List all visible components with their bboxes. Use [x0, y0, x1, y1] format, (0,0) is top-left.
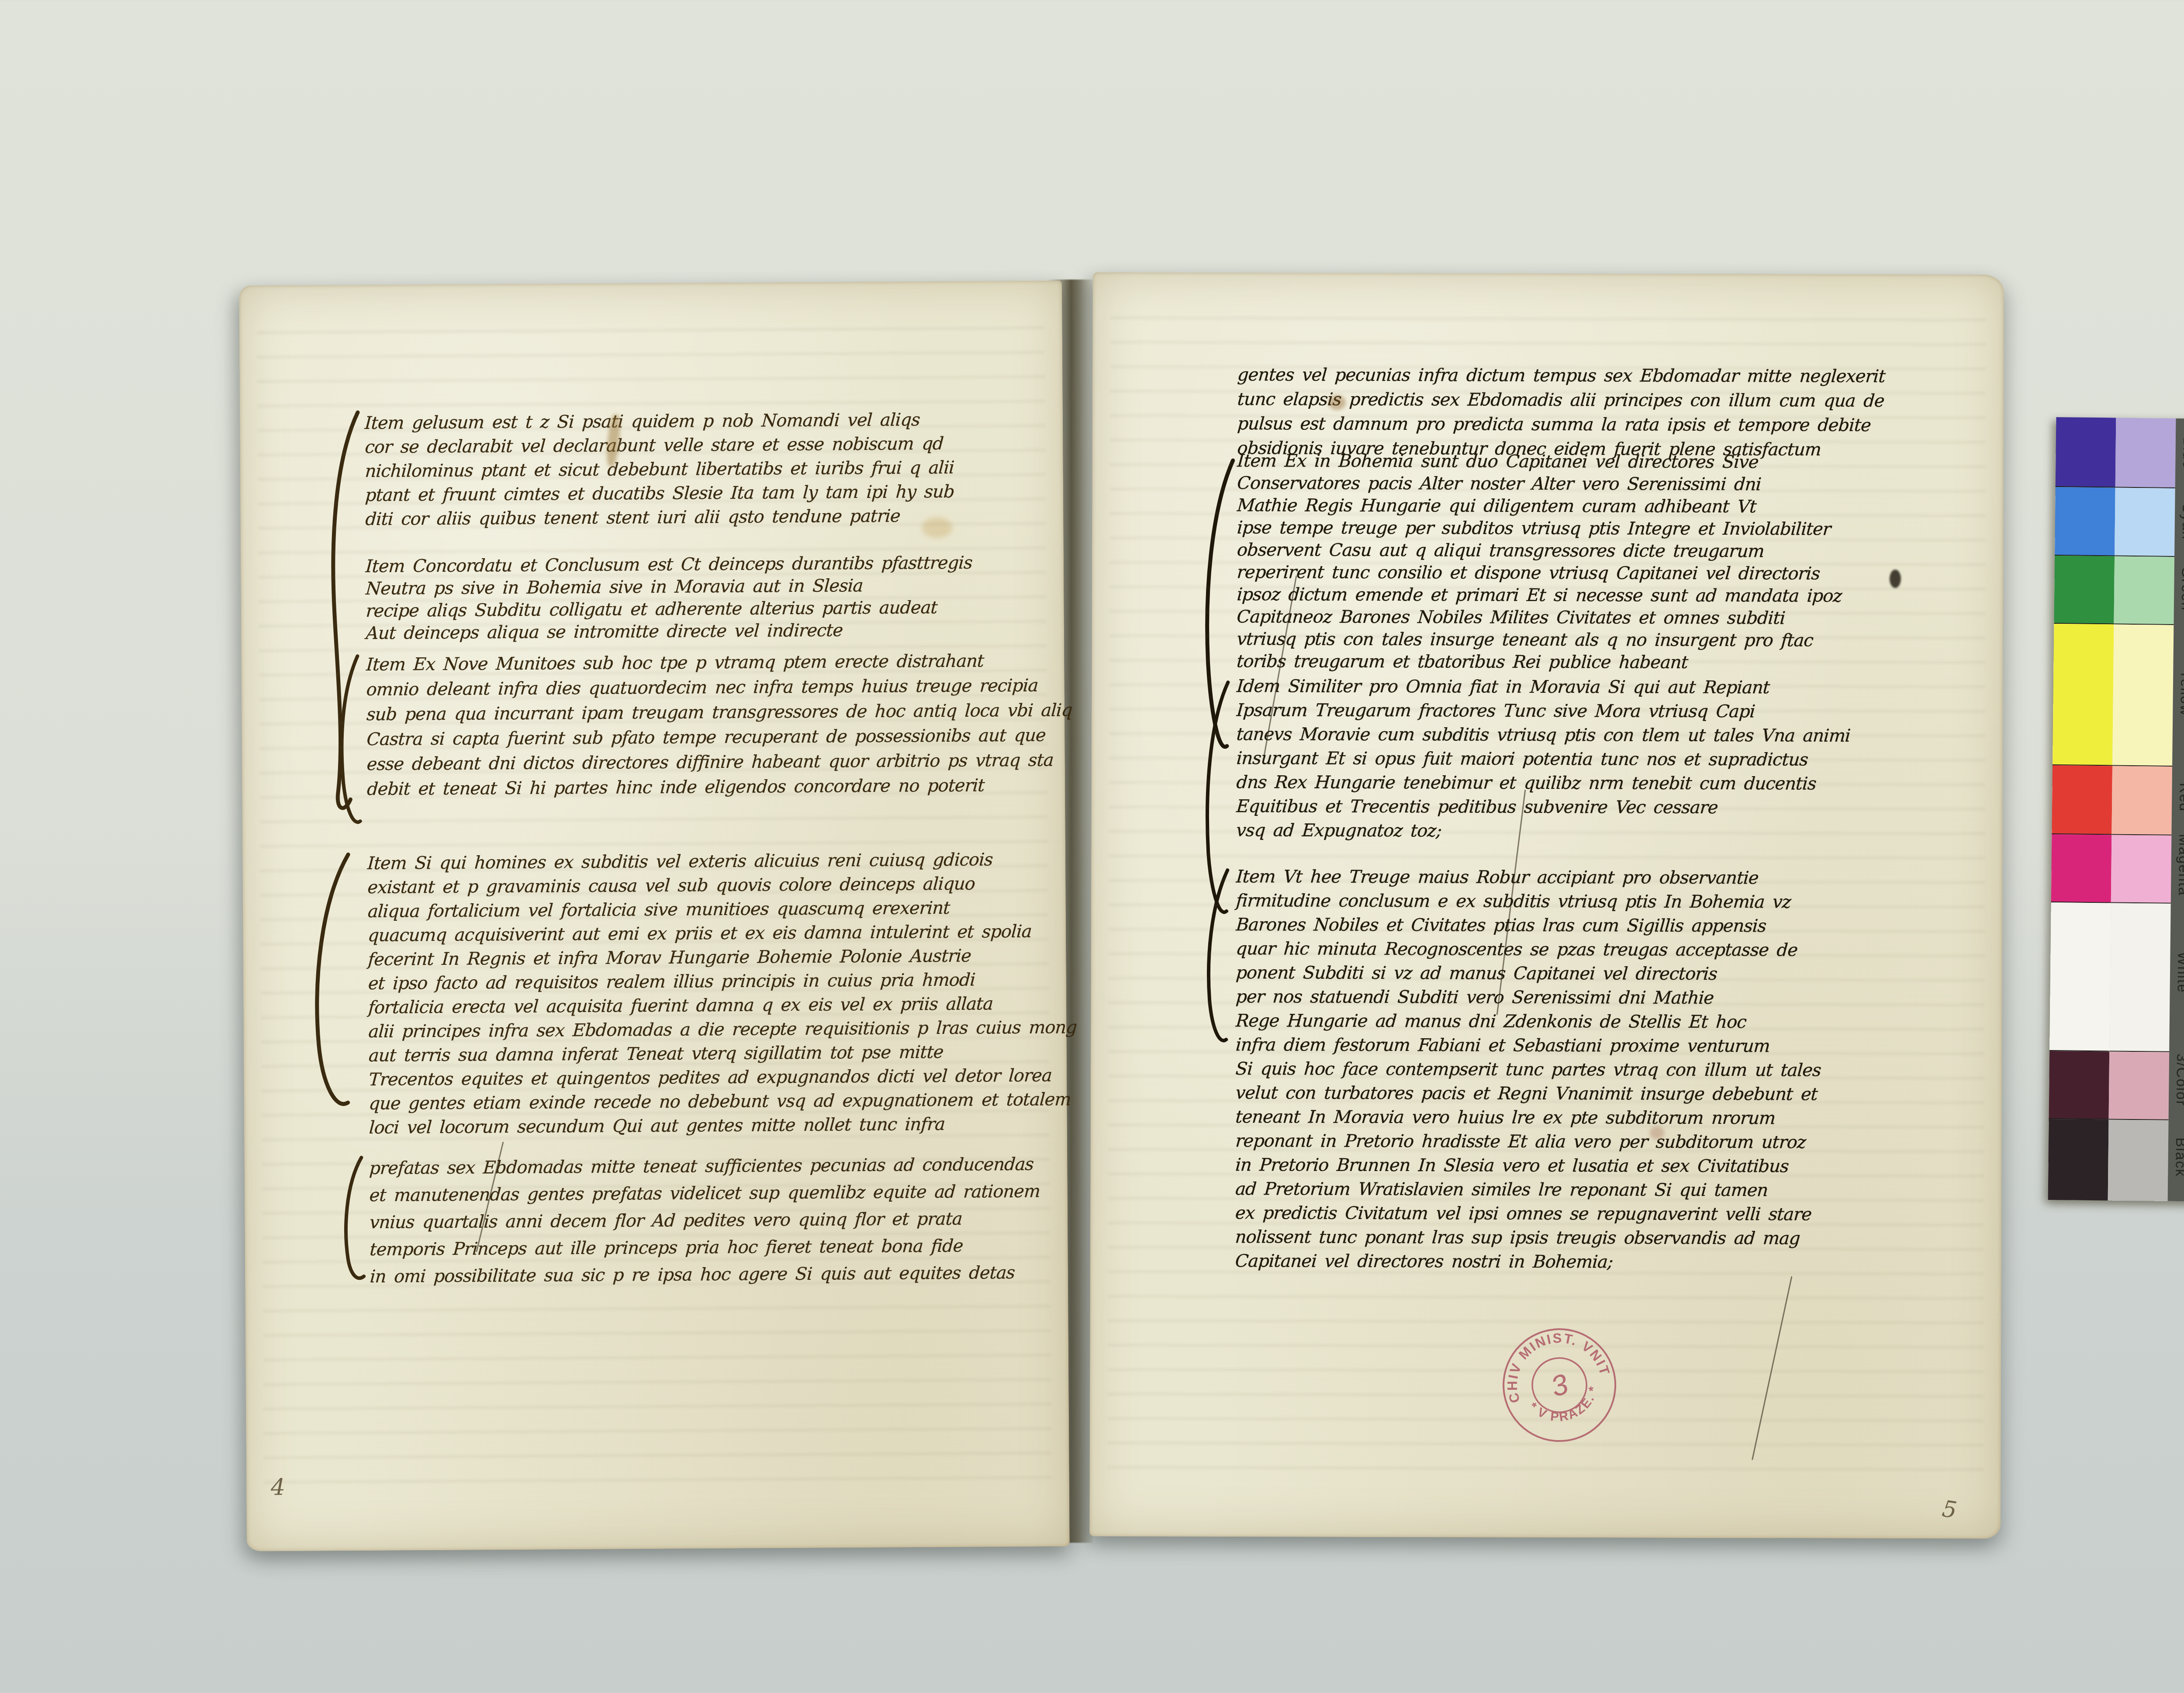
patch-label-cell: Blue	[2175, 418, 2184, 488]
patch-label: Magenta	[2175, 834, 2184, 896]
pen-flourish	[1752, 1276, 1792, 1460]
color-patch-pale	[2115, 487, 2175, 556]
color-patch-pale	[2109, 1051, 2170, 1120]
manuscript-paragraph: Item Si qui homines ex subditis vel exte…	[367, 848, 1037, 1140]
manuscript-line: ipse tempe treuge per subditos vtriusq p…	[1236, 517, 1906, 541]
color-patch-saturated	[2052, 765, 2112, 835]
patch-label: Cyan	[2179, 503, 2184, 540]
patch-label: White	[2174, 952, 2184, 993]
page-number: 4	[271, 1474, 285, 1500]
patch-label-cell: Cyan	[2174, 487, 2184, 556]
manuscript-line: fortalicia erecta vel acquisita fuerint …	[368, 992, 1037, 1020]
manuscript-line: vsq ad Expugnatoz toz;	[1235, 819, 1905, 844]
manuscript-line: pulsus est damnum pro predicta summa la …	[1237, 411, 1907, 438]
manuscript-line: que gentes etiam exinde recede no debebu…	[368, 1088, 1038, 1116]
manuscript-line: nichilominus ptant et sicut debebunt lib…	[364, 456, 1034, 484]
patch-label: Green	[2178, 567, 2184, 611]
photo-stage: Item gelusum est t z Si psati quidem p n…	[0, 0, 2184, 1693]
manuscript-page-right: gentes vel pecunias infra dictum tempus …	[1089, 272, 2004, 1538]
manuscript-line: insurgant Et si opus fuit maiori potenti…	[1236, 746, 1906, 772]
manuscript-line: gentes vel pecunias infra dictum tempus …	[1237, 363, 1907, 389]
manuscript-line: Idem Similiter pro Omnia fiat in Moravia…	[1236, 674, 1906, 700]
manuscript-line: Item Ex Nove Munitoes sub hoc tpe p vtra…	[366, 649, 1036, 677]
color-patch-pale	[2115, 418, 2176, 488]
kodak-saturated-patch-column	[2048, 417, 2116, 1200]
initial-flourish	[327, 407, 369, 818]
manuscript-paragraph: gentes vel pecunias infra dictum tempus …	[1237, 363, 1906, 462]
manuscript-line: aut terris sua damna inferat Teneat vter…	[368, 1040, 1037, 1068]
manuscript-line: ponent Subditi si vz ad manus Capitanei …	[1235, 961, 1905, 987]
manuscript-line: fecerint In Regnis et infra Morav Hungar…	[367, 944, 1037, 972]
manuscript-line: Capitanei vel directores nostri in Bohem…	[1234, 1249, 1904, 1275]
manuscript-line: loci vel locorum secundum Qui aut gentes…	[368, 1112, 1038, 1140]
manuscript-line: cor se declarabit vel declarabunt velle …	[364, 432, 1034, 460]
patch-label-cell: Green	[2174, 555, 2184, 623]
manuscript-paragraph: Item Vt hee Treuge maius Robur accipiant…	[1235, 865, 1904, 1275]
manuscript-line: infra diem festorum Fabiani et Sebastian…	[1235, 1033, 1905, 1059]
manuscript-line: reperirent tunc consilio et dispone vtri…	[1236, 561, 1906, 585]
manuscript-line: Mathie Regis Hungarie qui diligentem cur…	[1237, 494, 1907, 518]
color-patch-pale	[2114, 556, 2174, 625]
manuscript-line: esse debeant dni dictos directores diffi…	[366, 748, 1036, 777]
manuscript-line: Capitaneoz Barones Nobiles Milites Civit…	[1236, 606, 1906, 630]
manuscript-line: quacumq acquisiverint aut emi ex priis e…	[367, 920, 1037, 948]
patch-label-cell: Black	[2168, 1113, 2184, 1202]
manuscript-line: aliqua fortalicium vel fortalicia sive m…	[367, 896, 1037, 924]
manuscript-line: teneant In Moravia vero huius lre ex pte…	[1235, 1105, 1905, 1131]
manuscript-line: vtriusq ptis con tales insurge teneant a…	[1236, 628, 1906, 652]
manuscript-line: Equitibus et Trecentis peditibus subveni…	[1236, 795, 1906, 820]
patch-label: 3/Color	[2173, 1054, 2184, 1106]
color-patch-saturated	[2053, 624, 2114, 766]
kodak-pale-patch-column	[2108, 418, 2176, 1201]
manuscript-line: tanevs Moravie cum subditis vtriusq ptis…	[1236, 722, 1906, 748]
patch-label-cell: 3/Color	[2169, 1046, 2184, 1114]
manuscript-line: debit et teneat Si hi partes hinc inde e…	[366, 773, 1036, 802]
initial-flourish	[338, 1154, 369, 1285]
color-patch-pale	[2111, 766, 2172, 835]
color-patch-saturated	[2049, 1051, 2110, 1119]
manuscript-line: Trecentos equites et quingentos pedites …	[368, 1064, 1038, 1092]
manuscript-line: omnio deleant infra dies quatuordecim ne…	[366, 674, 1036, 702]
color-patch-saturated	[2056, 417, 2116, 487]
color-patch-saturated	[2051, 834, 2112, 903]
manuscript-line: observent Casu aut q aliqui transgressor…	[1236, 539, 1906, 563]
page-number: 5	[1940, 1496, 1958, 1524]
color-patch-saturated	[2054, 556, 2115, 624]
manuscript-line: Ipsarum Treugarum fractores Tunc sive Mo…	[1236, 698, 1906, 724]
manuscript-line: Item Vt hee Treuge maius Robur accipiant…	[1235, 865, 1905, 891]
patch-label: Red	[2176, 783, 2184, 812]
manuscript-paragraph: prefatas sex Ebdomadas mitte teneat suff…	[369, 1151, 1038, 1290]
kodak-color-control-strip: Blue Cyan Green Yellow Red	[2048, 417, 2184, 1202]
archive-stamp: ARCHIV MINIST. VNITRA * V PRAZE. * 3	[1480, 1306, 1638, 1464]
manuscript-line: Item Concordatu et Conclusum est Ct dein…	[365, 552, 1034, 578]
manuscript-line: sub pena qua incurrant ipam treugam tran…	[366, 698, 1036, 727]
color-patch-pale	[2112, 624, 2174, 766]
manuscript-line: alii principes infra sex Ebdomadas a die…	[368, 1016, 1037, 1044]
manuscript-line: tunc elapsis predictis sex Ebdomadis ali…	[1237, 387, 1907, 413]
initial-flourish	[1201, 867, 1236, 1050]
manuscript-line: Si quis hoc face contempserit tunc parte…	[1235, 1057, 1905, 1083]
manuscript-line: vnius quartalis anni decem flor Ad pedit…	[369, 1205, 1039, 1236]
manuscript-line: Conservatores pacis Alter noster Alter v…	[1237, 472, 1907, 496]
manuscript-paragraph: Item Concordatu et Conclusum est Ct dein…	[366, 552, 1034, 645]
initial-flourish	[308, 848, 358, 1119]
manuscript-line: Item Ex in Bohemia sunt duo Capitanei ve…	[1237, 450, 1907, 474]
manuscript-line: temporis Princeps aut ille princeps pria…	[369, 1232, 1039, 1263]
manuscript-line: ipsoz dictum emende et primari Et si nec…	[1236, 584, 1906, 608]
manuscript-line: dns Rex Hungarie tenebimur et quilibz nr…	[1236, 770, 1906, 796]
color-patch-saturated	[2048, 1119, 2109, 1200]
manuscript-line: et ipso facto ad requisitos realem illiu…	[367, 968, 1037, 996]
manuscript-paragraph: Item Ex in Bohemia sunt duo Capitanei ve…	[1237, 450, 1905, 674]
patch-label: Blue	[2180, 437, 2184, 469]
manuscript-page-left: Item gelusum est t z Si psati quidem p n…	[239, 280, 1070, 1551]
manuscript-line: ptant et fruunt cimtes et ducatibs Slesi…	[364, 480, 1034, 508]
manuscript-paragraph: Item gelusum est t z Si psati quidem p n…	[365, 408, 1034, 532]
manuscript-line: in Pretorio Brunnen In Slesia vero et lu…	[1234, 1153, 1904, 1179]
manuscript-line: Item gelusum est t z Si psati quidem p n…	[364, 408, 1033, 435]
patch-label: Yellow	[2177, 670, 2184, 716]
manuscript-line: reponant in Pretorio hradisste Et alia v…	[1235, 1129, 1905, 1155]
manuscript-line: velut con turbatores pacis et Regni Vnan…	[1235, 1081, 1905, 1107]
manuscript-line: nolissent tunc ponant lras sup ipsis tre…	[1234, 1225, 1904, 1251]
manuscript-line: et manutenendas gentes prefatas videlice…	[369, 1178, 1039, 1209]
manuscript-line: Castra si capta fuerint sub pfato tempe …	[366, 723, 1036, 752]
manuscript-line: Item Si qui homines ex subditis vel exte…	[367, 848, 1037, 876]
manuscript-line: firmitudine conclusum e ex subditis vtri…	[1235, 889, 1905, 915]
patch-label: Black	[2172, 1137, 2184, 1177]
stamp-center-number: 3	[1547, 1367, 1572, 1403]
manuscript-line: quar hic minuta Recognoscentes se pzas t…	[1235, 937, 1905, 963]
initial-flourish	[1201, 456, 1241, 762]
manuscript-paragraph: Item Ex Nove Munitoes sub hoc tpe p vtra…	[366, 649, 1035, 802]
color-patch-pale	[2108, 1119, 2169, 1201]
manuscript-line: recipe aliqs Subditu colligatu et adhere…	[365, 596, 1035, 622]
manuscript-paragraph: Idem Similiter pro Omnia fiat in Moravia…	[1236, 674, 1905, 844]
manuscript-line: Barones Nobiles et Civitates ptias lras …	[1235, 913, 1905, 939]
patch-label-cell: Red	[2171, 763, 2184, 832]
patch-label-cell: Yellow	[2172, 622, 2184, 764]
manuscript-line: ad Pretorium Wratislavien similes lre re…	[1234, 1177, 1904, 1203]
color-patch-pale	[2111, 835, 2172, 903]
patch-label-cell: Magenta	[2171, 831, 2184, 899]
manuscript-line: Neutra ps sive in Bohemia sive in Moravi…	[365, 574, 1035, 600]
manuscript-line: existant et p gravaminis causa vel sub q…	[367, 872, 1037, 900]
manuscript-line: diti cor aliis quibus tenent stent iuri …	[365, 504, 1034, 532]
manuscript-line: ex predictis Civitatum vel ipsi omnes se…	[1234, 1201, 1904, 1227]
manuscript-line: per nos statuendi Subditi vero Serenissi…	[1235, 985, 1905, 1011]
color-patch-saturated	[2055, 487, 2115, 556]
color-patch-saturated	[2049, 902, 2111, 1051]
initial-flourish	[335, 652, 366, 835]
manuscript-line: Aut deinceps aliqua se intromitte direct…	[365, 618, 1035, 645]
manuscript-line: Rege Hungarie ad manus dni Zdenkonis de …	[1235, 1009, 1905, 1035]
manuscript-line: in omi possibilitate sua sic p re ipsa h…	[369, 1259, 1039, 1290]
manuscript-line: prefatas sex Ebdomadas mitte teneat suff…	[369, 1151, 1039, 1182]
initial-flourish	[1200, 679, 1236, 923]
color-patch-pale	[2109, 903, 2171, 1052]
manuscript-line: toribs treugarum et tbatoribus Rei publi…	[1236, 650, 1906, 674]
patch-label-cell: White	[2169, 898, 2184, 1047]
